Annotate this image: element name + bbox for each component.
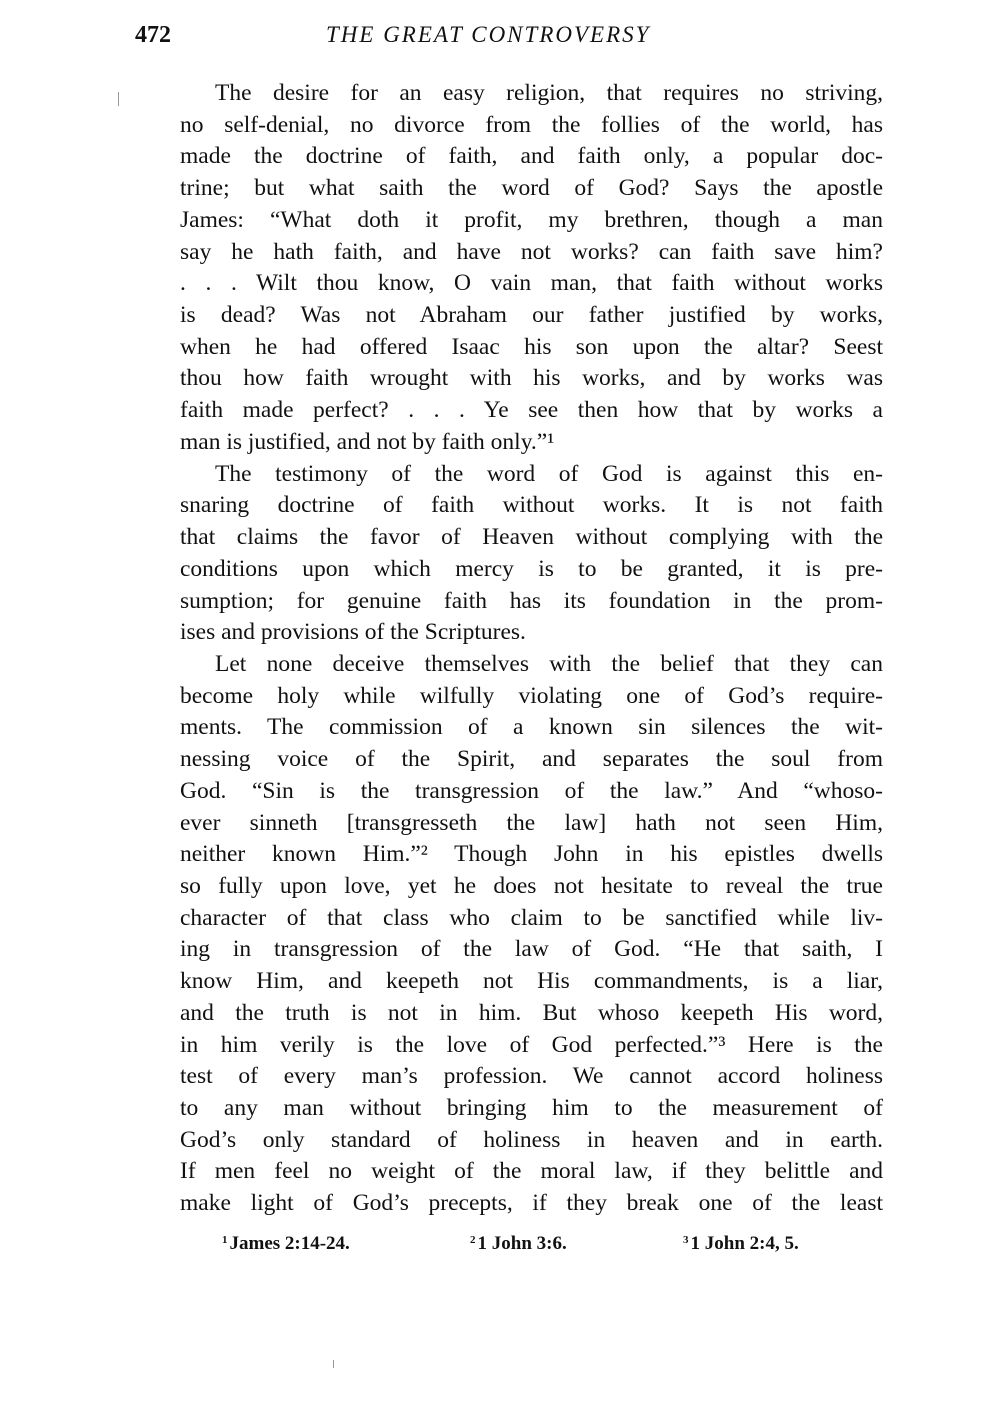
text-line: ises and provisions of the Scriptures. [180, 617, 883, 647]
text-line: say he hath faith, and have not works? c… [180, 237, 883, 267]
text-line: Let none deceive themselves with the bel… [215, 649, 883, 679]
text-line: man is justified, and not by faith only.… [180, 427, 883, 457]
text-line: made the doctrine of faith, and faith on… [180, 141, 883, 171]
text-line: ever sinneth [transgresseth the law] hat… [180, 808, 883, 838]
text-line: make light of God’s precepts, if they br… [180, 1188, 883, 1218]
text-line: thou how faith wrought with his works, a… [180, 363, 883, 393]
text-line: character of that class who claim to be … [180, 903, 883, 933]
text-line: God. “Sin is the transgression of the la… [180, 776, 883, 806]
text-line: so fully upon love, yet he does not hesi… [180, 871, 883, 901]
text-line: when he had offered Isaac his son upon t… [180, 332, 883, 362]
running-title: THE GREAT CONTROVERSY [326, 22, 650, 48]
text-line: to any man without bringing him to the m… [180, 1093, 883, 1123]
text-line: nessing voice of the Spirit, and separat… [180, 744, 883, 774]
text-line: ing in transgression of the law of God. … [180, 934, 883, 964]
text-line: is dead? Was not Abraham our father just… [180, 300, 883, 330]
text-line: The desire for an easy religion, that re… [215, 78, 883, 108]
footnote-text: James 2:14-24. [230, 1233, 350, 1254]
text-line: in him verily is the love of God perfect… [180, 1030, 883, 1060]
page-number: 472 [135, 22, 171, 49]
text-line: test of every man’s profession. We canno… [180, 1061, 883, 1091]
text-line: that claims the favor of Heaven without … [180, 522, 883, 552]
text-line: God’s only standard of holiness in heave… [180, 1125, 883, 1155]
footnote-3: 31 John 2:4, 5. [683, 1233, 799, 1255]
text-line: and the truth is not in him. But whoso k… [180, 998, 883, 1028]
text-line: faith made perfect? . . . Ye see then ho… [180, 395, 883, 425]
footnote-1: 1James 2:14-24. [222, 1233, 350, 1255]
text-line: If men feel no weight of the moral law, … [180, 1156, 883, 1186]
footnote-text: 1 John 2:4, 5. [691, 1233, 799, 1254]
scan-mark [118, 92, 119, 106]
footnote-2: 21 John 3:6. [470, 1233, 567, 1255]
text-line: become holy while wilfully violating one… [180, 681, 883, 711]
footnote-mark: 3 [683, 1234, 689, 1246]
footnote-text: 1 John 3:6. [478, 1233, 567, 1254]
scan-mark [333, 1360, 334, 1368]
text-line: trine; but what saith the word of God? S… [180, 173, 883, 203]
text-line: snaring doctrine of faith without works.… [180, 490, 883, 520]
text-line: no self-denial, no divorce from the foll… [180, 110, 883, 140]
text-line: sumption; for genuine faith has its foun… [180, 586, 883, 616]
text-line: know Him, and keepeth not His commandmen… [180, 966, 883, 996]
text-line: ments. The commission of a known sin sil… [180, 712, 883, 742]
text-line: neither known Him.”² Though John in his … [180, 839, 883, 869]
footnote-mark: 1 [222, 1234, 228, 1246]
text-line: . . . Wilt thou know, O vain man, that f… [180, 268, 883, 298]
text-line: James: “What doth it profit, my brethren… [180, 205, 883, 235]
footnote-mark: 2 [470, 1234, 476, 1246]
text-line: The testimony of the word of God is agai… [215, 459, 883, 489]
text-line: conditions upon which mercy is to be gra… [180, 554, 883, 584]
